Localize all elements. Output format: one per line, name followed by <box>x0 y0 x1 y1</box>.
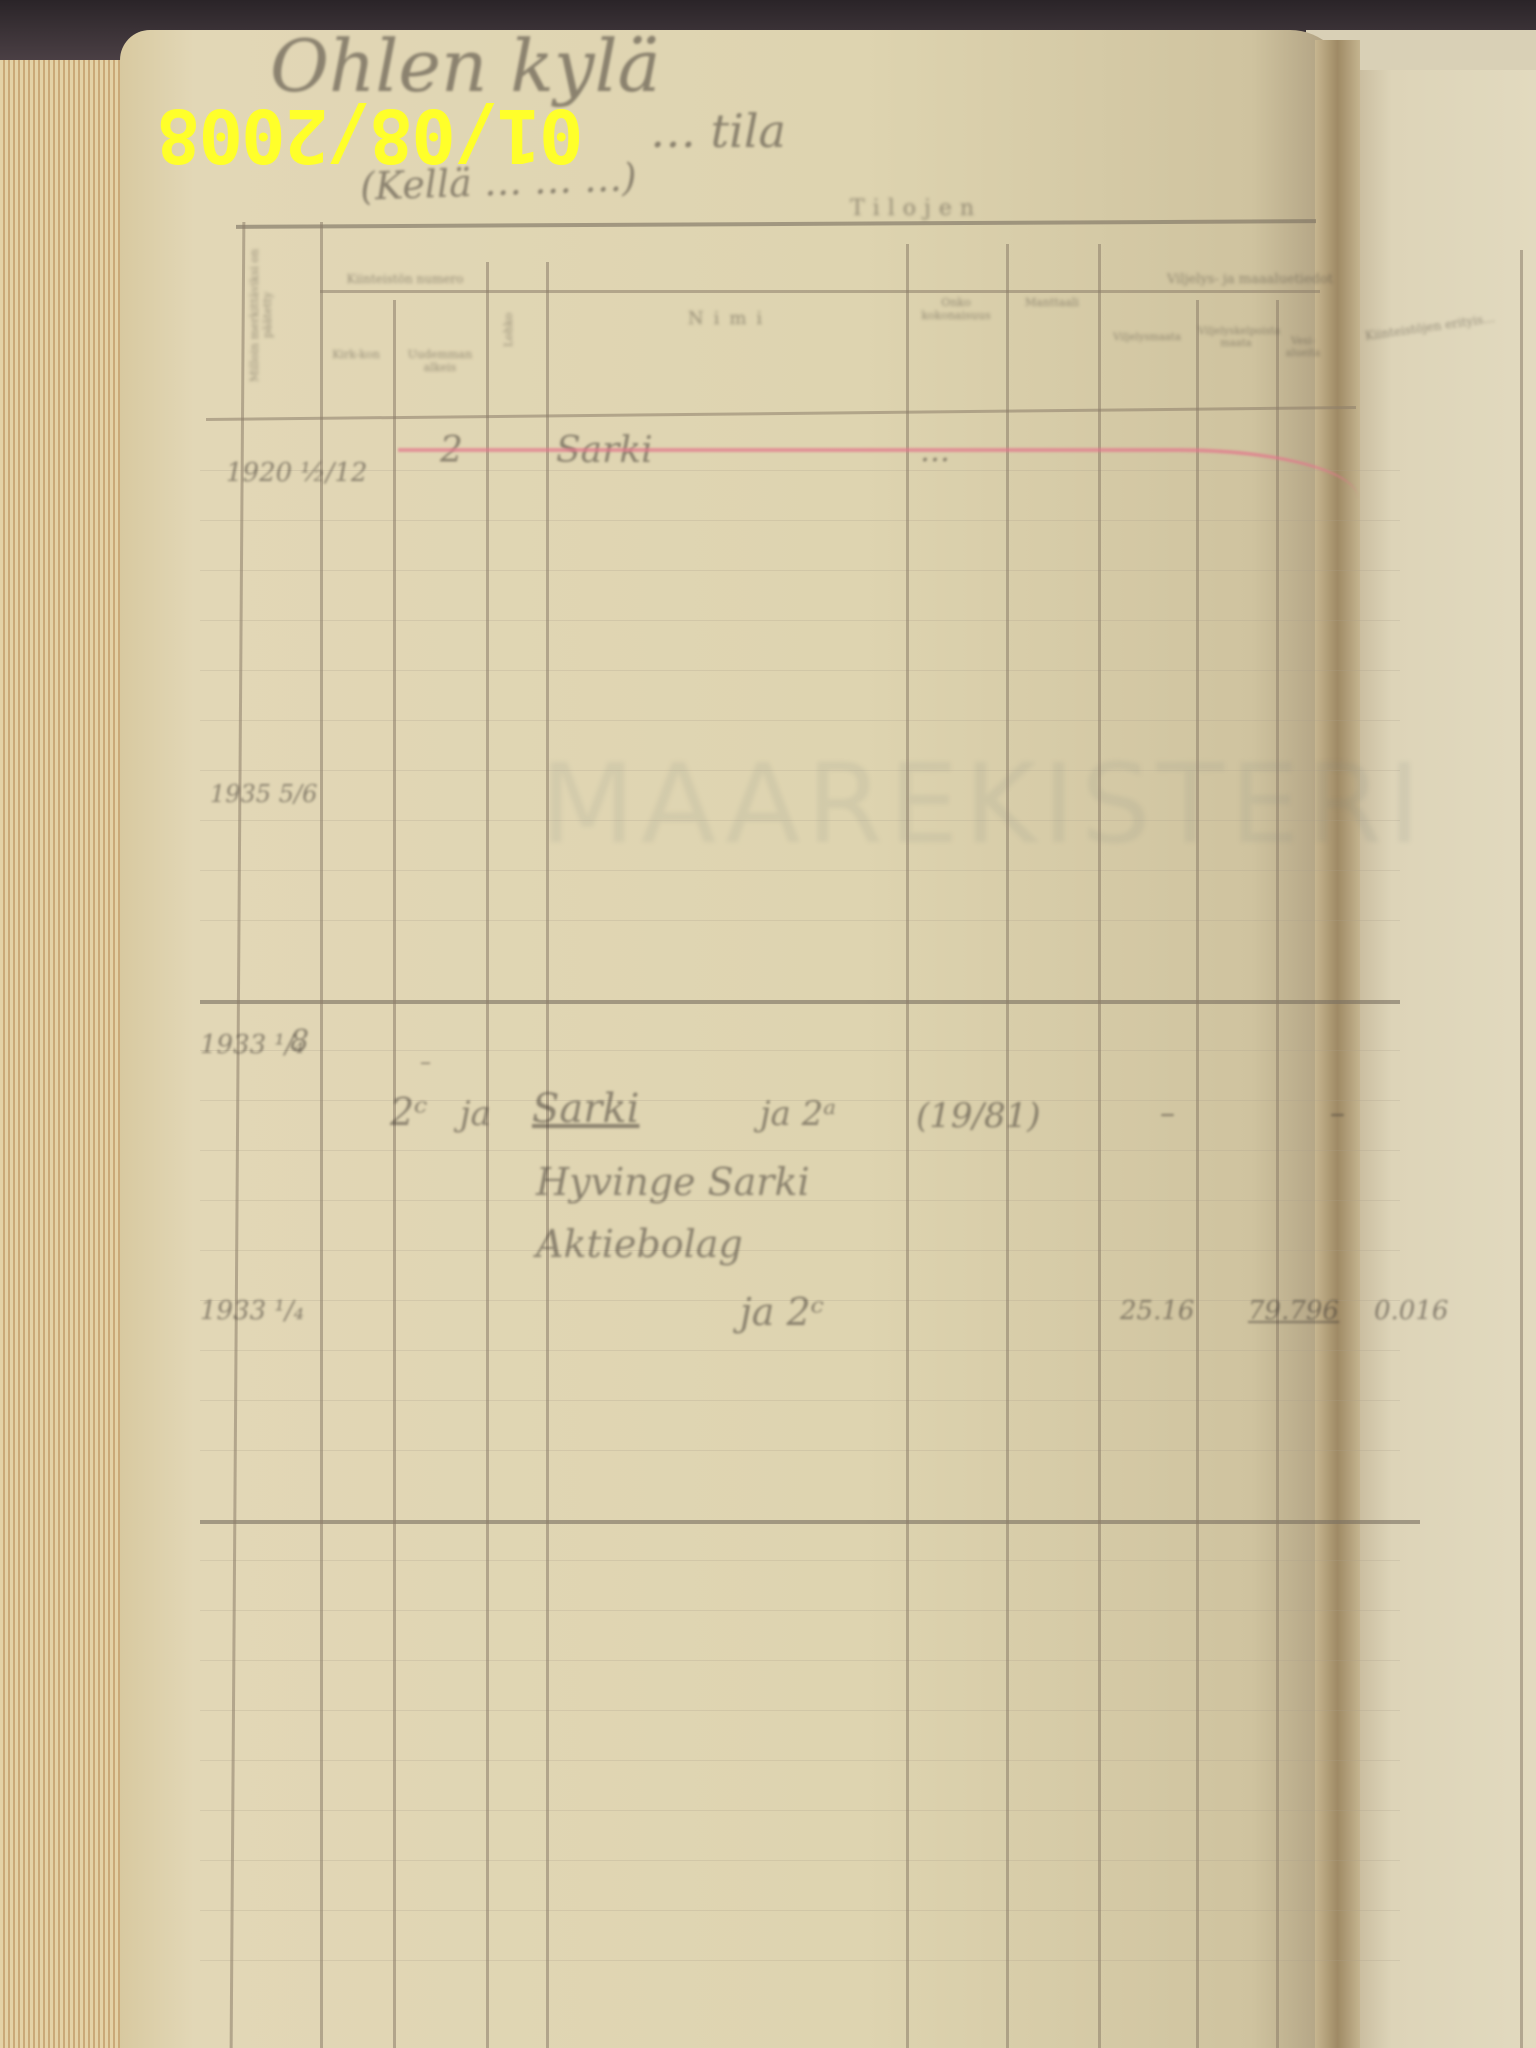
entry-name-line2: Hyvinge Sarki <box>536 1160 810 1204</box>
header-tax: Manttaali <box>1010 296 1094 309</box>
handwritten-subtitle: … tila <box>650 104 786 158</box>
entry-name-suffix: ja 2ᵃ <box>760 1094 836 1134</box>
red-strikethrough <box>398 448 1358 512</box>
header-land-group: Viljelys- ja maaaluetiedot <box>1150 272 1350 288</box>
page-edges <box>0 60 140 2048</box>
entry-dash: – <box>1160 1096 1175 1131</box>
entry-arable: 79.796 <box>1248 1296 1339 1326</box>
header-property-number: Kiinteistön numero <box>330 272 480 286</box>
entry-name: ja 2ᶜ <box>740 1290 824 1334</box>
entry-name: Sarki <box>532 1086 639 1132</box>
entry-water: 0.016 <box>1374 1296 1448 1326</box>
entry-cultivated: 25.16 <box>1120 1296 1194 1326</box>
entry-number: 2ᶜ <box>390 1090 428 1134</box>
right-page <box>1330 70 1536 2048</box>
entry-date: 1933 ¹/₄ <box>200 1030 304 1060</box>
entry-name-line3: Aktiebolag <box>536 1222 743 1266</box>
entry-date: 1920 ½/12 <box>226 458 367 488</box>
entry-dash: – <box>1330 1096 1345 1131</box>
entry-marker: 8 <box>290 1024 309 1059</box>
header-lot: Lohko <box>502 290 515 370</box>
entry-value: (19/81) <box>916 1096 1041 1136</box>
section-title: Tilojen <box>850 196 982 222</box>
entry-dash: – <box>420 1050 431 1075</box>
entry-date: 1935 5/6 <box>210 780 317 808</box>
header-sub-a: Kirk-kon <box>326 348 386 361</box>
header-sub-b: Uudemman alkeis <box>398 348 482 374</box>
header-name: Nimi <box>560 308 900 330</box>
header-water: Vesi-alueita <box>1278 336 1328 360</box>
header-cultivated: Viljelysmaata <box>1102 332 1192 344</box>
header-date: Milloin merkittäviksi on päätetty <box>248 230 274 400</box>
header-owner: Onko kokonaisuus <box>910 296 1002 322</box>
entry-date: 1933 ¹/₄ <box>200 1296 304 1326</box>
watermark: MAAREKISTERI <box>540 740 1426 868</box>
photo-date-stamp: 01/08/2008 <box>158 98 584 172</box>
header-arable: Viljelyskelpoista maata <box>1198 326 1274 350</box>
entry-lot: ja <box>460 1094 491 1134</box>
